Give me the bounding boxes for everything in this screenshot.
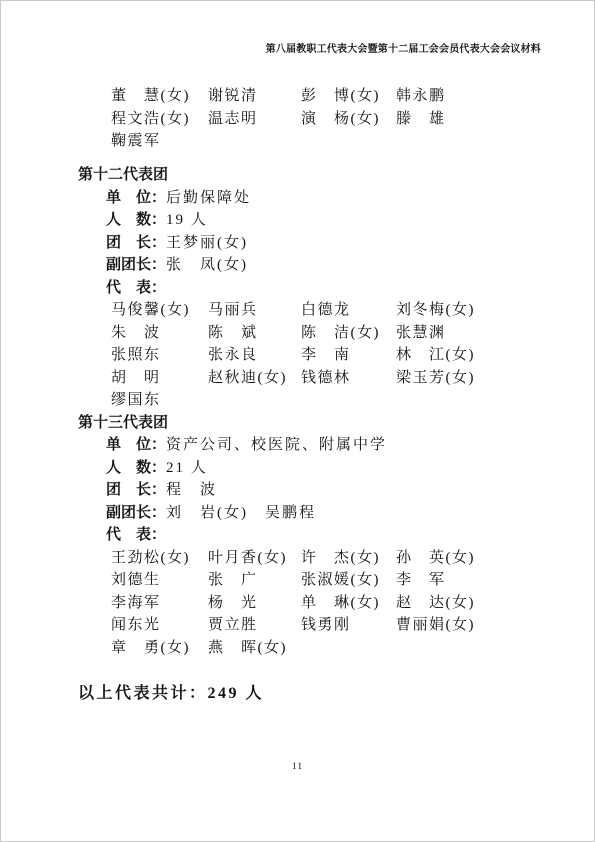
delegate-name: 缪国东 xyxy=(111,389,208,412)
field-leader: 团 长：王梦丽(女) xyxy=(78,232,566,255)
page-number: 11 xyxy=(1,762,594,772)
member-row: 张照东 张永良 李 南 林 江(女) xyxy=(78,344,566,367)
field-label: 人 数： xyxy=(106,460,166,476)
field-label: 代 表： xyxy=(106,527,166,543)
field-label: 副团长： xyxy=(106,257,166,273)
carryover-name-block: 董 慧(女) 谢锐清 彭 博(女) 韩永鹏 程文浩(女) 温志明 演 杨(女) … xyxy=(78,85,566,153)
total-delegates-line: 以上代表共计：249 人 xyxy=(78,683,566,706)
field-count: 人 数：21 人 xyxy=(78,457,566,480)
delegation-section-12: 第十二代表团 单 位：后勤保障处 人 数：19 人 团 长：王梦丽(女) 副团长… xyxy=(78,164,566,412)
field-value: 19 人 xyxy=(166,212,208,228)
member-row: 王劲松(女) 叶月香(女) 许 杰(女) 孙 英(女) xyxy=(78,547,566,570)
name-row: 董 慧(女) 谢锐清 彭 博(女) 韩永鹏 xyxy=(78,85,566,108)
delegate-name: 王劲松(女) xyxy=(111,547,208,570)
delegate-name: 曹丽娟(女) xyxy=(396,614,566,637)
delegate-name: 胡 明 xyxy=(111,367,208,390)
page-content: 董 慧(女) 谢锐清 彭 博(女) 韩永鹏 程文浩(女) 温志明 演 杨(女) … xyxy=(78,85,566,706)
delegate-name xyxy=(396,130,566,153)
delegate-name: 彭 博(女) xyxy=(301,85,396,108)
member-row: 胡 明 赵秋迪(女) 钱德林 梁玉芳(女) xyxy=(78,367,566,390)
delegate-name: 韩永鹏 xyxy=(396,85,566,108)
field-label: 单 位： xyxy=(106,437,166,453)
document-page: 第八届教职工代表大会暨第十二届工会会员代表大会会议材料 董 慧(女) 谢锐清 彭… xyxy=(0,0,595,842)
delegate-name: 赵秋迪(女) xyxy=(208,367,301,390)
delegate-name: 马俊馨(女) xyxy=(111,299,208,322)
section-title: 第十三代表团 xyxy=(78,412,566,435)
field-value: 后勤保障处 xyxy=(166,190,251,206)
delegate-name: 李 军 xyxy=(396,569,566,592)
name-row: 鞠震军 xyxy=(78,130,566,153)
member-row: 刘德生 张 广 张淑媛(女) 李 军 xyxy=(78,569,566,592)
field-value: 程 波 xyxy=(166,482,217,498)
delegate-name: 单 琳(女) xyxy=(301,592,396,615)
member-row: 马俊馨(女) 马丽兵 白德龙 刘冬梅(女) xyxy=(78,299,566,322)
field-count: 人 数：19 人 xyxy=(78,209,566,232)
delegate-name xyxy=(208,130,301,153)
field-unit: 单 位：后勤保障处 xyxy=(78,187,566,210)
delegate-name xyxy=(208,389,301,412)
delegate-name: 刘德生 xyxy=(111,569,208,592)
delegate-name: 燕 晖(女) xyxy=(208,637,301,660)
delegate-name: 陈 斌 xyxy=(208,322,301,345)
delegate-name: 章 勇(女) xyxy=(111,637,208,660)
field-label: 单 位： xyxy=(106,190,166,206)
field-label: 副团长： xyxy=(106,505,166,521)
field-value: 张 凤(女) xyxy=(166,257,248,273)
member-row: 李海军 杨 光 单 琳(女) 赵 达(女) xyxy=(78,592,566,615)
delegate-name: 滕 雄 xyxy=(396,108,566,131)
field-label: 团 长： xyxy=(106,482,166,498)
delegate-name xyxy=(396,389,566,412)
delegate-name: 演 杨(女) xyxy=(301,108,396,131)
delegate-name: 白德龙 xyxy=(301,299,396,322)
delegate-name: 朱 波 xyxy=(111,322,208,345)
delegate-name: 刘冬梅(女) xyxy=(396,299,566,322)
member-row: 朱 波 陈 斌 陈 洁(女) 张慧渊 xyxy=(78,322,566,345)
delegate-name: 闻东光 xyxy=(111,614,208,637)
delegate-name: 林 江(女) xyxy=(396,344,566,367)
delegate-name: 钱德林 xyxy=(301,367,396,390)
field-delegates: 代 表： xyxy=(78,524,566,547)
delegate-name xyxy=(301,130,396,153)
delegate-name: 梁玉芳(女) xyxy=(396,367,566,390)
delegate-name: 张永良 xyxy=(208,344,301,367)
field-value: 21 人 xyxy=(166,460,208,476)
field-delegates: 代 表： xyxy=(78,277,566,300)
delegate-name: 张慧渊 xyxy=(396,322,566,345)
field-label: 团 长： xyxy=(106,235,166,251)
delegate-name: 李海军 xyxy=(111,592,208,615)
delegate-name: 李 南 xyxy=(301,344,396,367)
delegation-section-13: 第十三代表团 单 位：资产公司、校医院、附属中学 人 数：21 人 团 长：程 … xyxy=(78,412,566,660)
field-value: 资产公司、校医院、附属中学 xyxy=(166,437,387,453)
delegate-name xyxy=(301,389,396,412)
field-value: 刘 岩(女) 吴鹏程 xyxy=(166,505,316,521)
delegate-name: 赵 达(女) xyxy=(396,592,566,615)
delegate-name: 谢锐清 xyxy=(208,85,301,108)
field-deputy-leader: 副团长：张 凤(女) xyxy=(78,254,566,277)
delegate-name: 马丽兵 xyxy=(208,299,301,322)
delegate-name: 董 慧(女) xyxy=(111,85,208,108)
delegate-name: 程文浩(女) xyxy=(111,108,208,131)
delegate-name: 温志明 xyxy=(208,108,301,131)
delegate-name: 杨 光 xyxy=(208,592,301,615)
delegate-name: 陈 洁(女) xyxy=(301,322,396,345)
delegate-name: 鞠震军 xyxy=(111,130,208,153)
delegate-name xyxy=(301,637,396,660)
delegate-name: 叶月香(女) xyxy=(208,547,301,570)
field-unit: 单 位：资产公司、校医院、附属中学 xyxy=(78,434,566,457)
member-row: 章 勇(女) 燕 晖(女) xyxy=(78,637,566,660)
delegate-name: 钱勇刚 xyxy=(301,614,396,637)
delegate-name xyxy=(396,637,566,660)
delegate-name: 张淑媛(女) xyxy=(301,569,396,592)
delegate-name: 许 杰(女) xyxy=(301,547,396,570)
delegate-name: 贾立胜 xyxy=(208,614,301,637)
delegate-name: 张 广 xyxy=(208,569,301,592)
field-deputy-leader: 副团长：刘 岩(女) 吴鹏程 xyxy=(78,502,566,525)
page-header: 第八届教职工代表大会暨第十二届工会会员代表大会会议材料 xyxy=(266,40,541,55)
member-row: 闻东光 贾立胜 钱勇刚 曹丽娟(女) xyxy=(78,614,566,637)
field-label: 代 表： xyxy=(106,280,166,296)
delegate-name: 张照东 xyxy=(111,344,208,367)
field-value: 王梦丽(女) xyxy=(166,235,248,251)
delegate-name: 孙 英(女) xyxy=(396,547,566,570)
member-row: 缪国东 xyxy=(78,389,566,412)
section-title: 第十二代表团 xyxy=(78,164,566,187)
field-leader: 团 长：程 波 xyxy=(78,479,566,502)
field-label: 人 数： xyxy=(106,212,166,228)
name-row: 程文浩(女) 温志明 演 杨(女) 滕 雄 xyxy=(78,108,566,131)
